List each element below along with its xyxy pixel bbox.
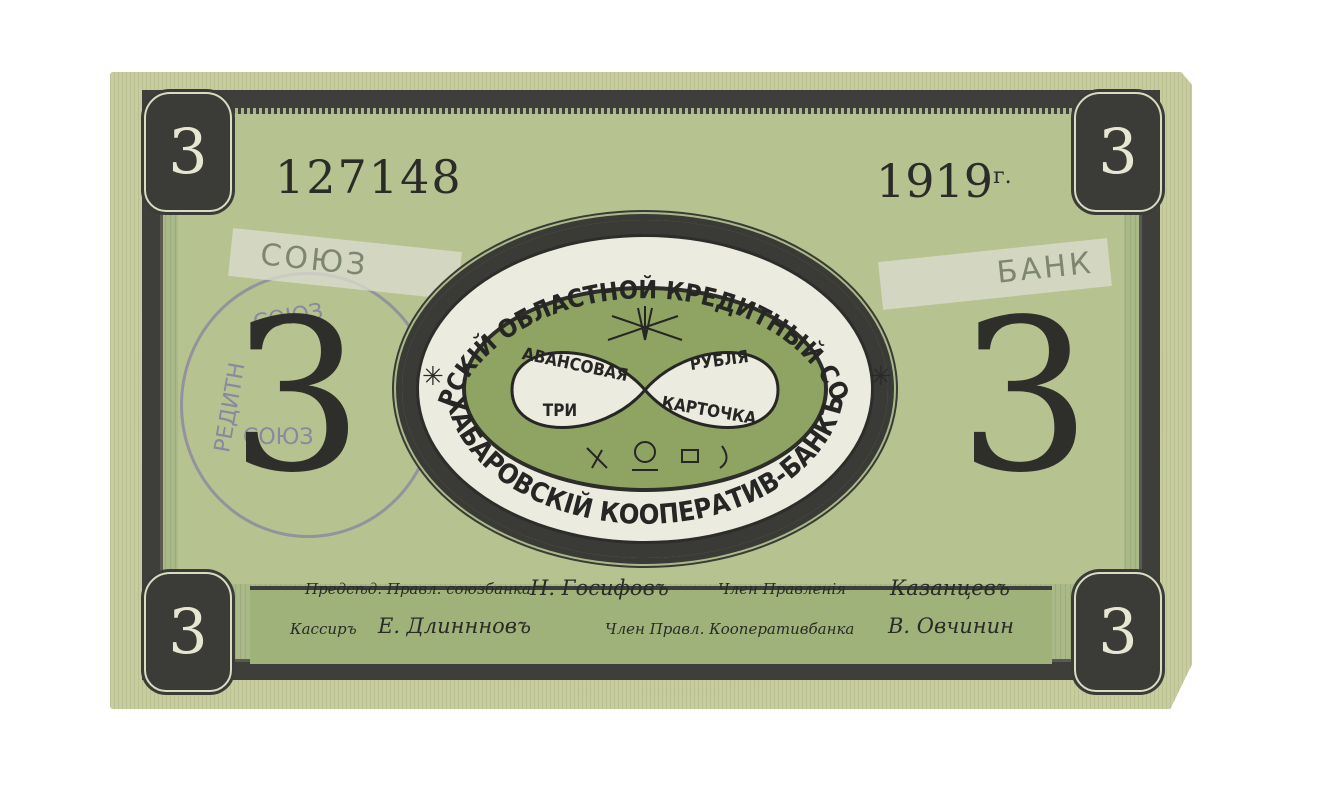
signature-name-chairman: Н. Госифовъ — [530, 576, 669, 600]
large-numeral-left: 3 — [230, 292, 364, 502]
ornament-star-right: ✳ — [870, 362, 892, 392]
signature-name-cashier: Е. Длиннновъ — [378, 614, 531, 638]
plough-icon — [587, 448, 607, 468]
corner-numeral-bottom-right: 3 — [1074, 572, 1162, 692]
year-value: 1919 — [876, 154, 993, 208]
oval-arc-text: АМУРСКIЙ ОБЛАСТНОЙ КРЕДИТНЫЙ СОЮЗЪ ХАБАР… — [402, 220, 888, 558]
issue-year: 1919г. — [876, 154, 1012, 208]
signature-title-coop-board: Член Правл. Кооперативбанка — [605, 620, 854, 638]
signature-title-board-member: Член Правленія — [718, 580, 846, 598]
serial-number: 127148 — [275, 150, 463, 204]
spinning-wheel-icon — [632, 442, 658, 470]
ornament-star-left: ✳ — [422, 362, 444, 392]
sickle-icon — [720, 446, 727, 468]
ribbon-text-bottom-left: ТРИ — [543, 401, 577, 421]
beehive-icon — [682, 450, 698, 462]
corner-numeral-bottom-left: 3 — [144, 572, 232, 692]
year-suffix: г. — [993, 164, 1012, 189]
corner-numeral-top-right: 3 — [1074, 92, 1162, 212]
central-oval-emblem: АМУРСКIЙ ОБЛАСТНОЙ КРЕДИТНЫЙ СОЮЗЪ ХАБАР… — [402, 220, 888, 558]
wheat-sheaf-icon — [608, 306, 682, 340]
signature-title-cashier: Кассиръ — [290, 620, 357, 638]
signature-name-board-member: Казанцевъ — [890, 576, 1010, 600]
corner-numeral-top-left: 3 — [144, 92, 232, 212]
signature-title-chairman: Предсѣд. Правл. союзбанка — [305, 580, 531, 598]
signature-name-coop-board: В. Овчинин — [888, 614, 1014, 638]
banknote: СОЮЗ РЕДИТН СОЮЗ СОЮЗ БАНК 3 3 3 3 12714… — [110, 72, 1192, 709]
large-numeral-right: 3 — [958, 292, 1092, 502]
